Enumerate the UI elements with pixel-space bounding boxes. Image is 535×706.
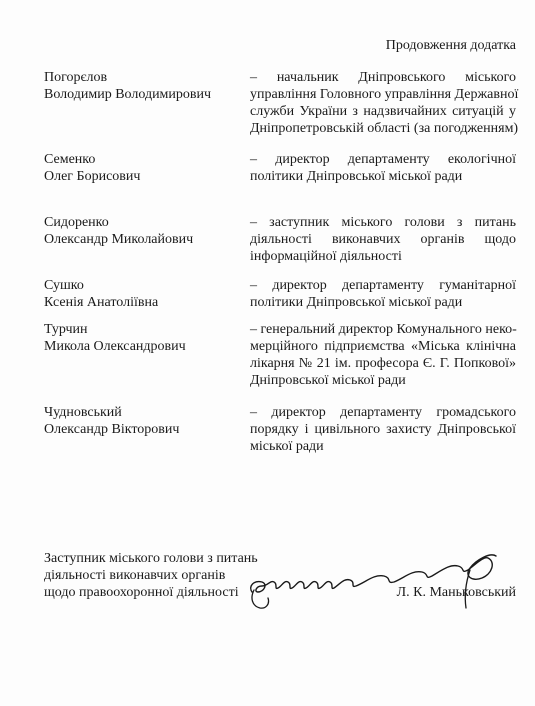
signer-title-line: Заступник міського голови з питань: [44, 550, 258, 567]
member-position: – заступник міського голови з питань дія…: [250, 214, 516, 265]
position-line: – генеральний директор Комунального неко…: [250, 321, 516, 338]
position-line: лікарня № 21 ім. професора Є. Г. Попково…: [250, 355, 516, 372]
member-given-names: Олександр Вікторович: [44, 421, 244, 438]
member-position: – директор департаменту екологічної полі…: [250, 151, 516, 185]
signer-name: Л. К. Маньковський: [397, 584, 516, 601]
signature-block: Заступник міського голови з питань діяль…: [44, 550, 516, 620]
position-line: інформаційної діяльності: [250, 248, 516, 265]
member-given-names: Микола Олександрович: [44, 338, 244, 355]
position-line: – заступник міського голови з питань: [250, 214, 516, 231]
position-line: політики Дніпровської міської ради: [250, 168, 516, 185]
handwritten-signature-icon: [244, 546, 504, 612]
member-given-names: Олег Борисович: [44, 168, 244, 185]
member-name: Сушко Ксенія Анатоліївна: [44, 277, 244, 311]
member-name: Семенко Олег Борисович: [44, 151, 244, 185]
member-position: – генеральний директор Комунального неко…: [250, 321, 516, 389]
member-name: Сидоренко Олександр Миколайович: [44, 214, 244, 248]
position-line: міської ради: [250, 438, 516, 455]
position-line: діяльності виконавчих органів щодо: [250, 231, 516, 248]
document-page: Продовження додатка Погорєлов Володимир …: [0, 0, 535, 706]
position-line: – директор департаменту гуманітарної: [250, 277, 516, 294]
member-surname: Турчин: [44, 321, 244, 338]
position-line: – директор департаменту громадського: [250, 404, 516, 421]
position-line: – директор департаменту екологічної: [250, 151, 516, 168]
position-line: Дніпропетровській області (за погодження…: [250, 120, 516, 137]
member-surname: Сушко: [44, 277, 244, 294]
signer-title-line: щодо правоохоронної діяльності: [44, 584, 258, 601]
member-name: Турчин Микола Олександрович: [44, 321, 244, 355]
member-given-names: Олександр Миколайович: [44, 231, 244, 248]
position-line: управління Головного управління Державно…: [250, 86, 516, 103]
position-line: мерційного підприємства «Міська клінічна: [250, 338, 516, 355]
position-line: політики Дніпровської міської ради: [250, 294, 516, 311]
position-line: Дніпровської міської ради: [250, 372, 516, 389]
member-position: – начальник Дніпровського міського управ…: [250, 69, 516, 137]
position-line: служби України з надзвичайних ситуацій у: [250, 103, 516, 120]
member-position: – директор департаменту громадського пор…: [250, 404, 516, 455]
signer-title-line: діяльності виконавчих органів: [44, 567, 258, 584]
position-line: порядку і цивільного захисту Дніпровсько…: [250, 421, 516, 438]
signer-title: Заступник міського голови з питань діяль…: [44, 550, 258, 601]
appendix-continuation-note: Продовження додатка: [386, 37, 516, 54]
member-position: – директор департаменту гуманітарної пол…: [250, 277, 516, 311]
member-surname: Погорєлов: [44, 69, 244, 86]
position-line: – начальник Дніпровського міського: [250, 69, 516, 86]
member-given-names: Ксенія Анатоліївна: [44, 294, 244, 311]
member-name: Чудновський Олександр Вікторович: [44, 404, 244, 438]
member-surname: Чудновський: [44, 404, 244, 421]
member-given-names: Володимир Володимирович: [44, 86, 244, 103]
member-name: Погорєлов Володимир Володимирович: [44, 69, 244, 103]
member-surname: Семенко: [44, 151, 244, 168]
member-surname: Сидоренко: [44, 214, 244, 231]
